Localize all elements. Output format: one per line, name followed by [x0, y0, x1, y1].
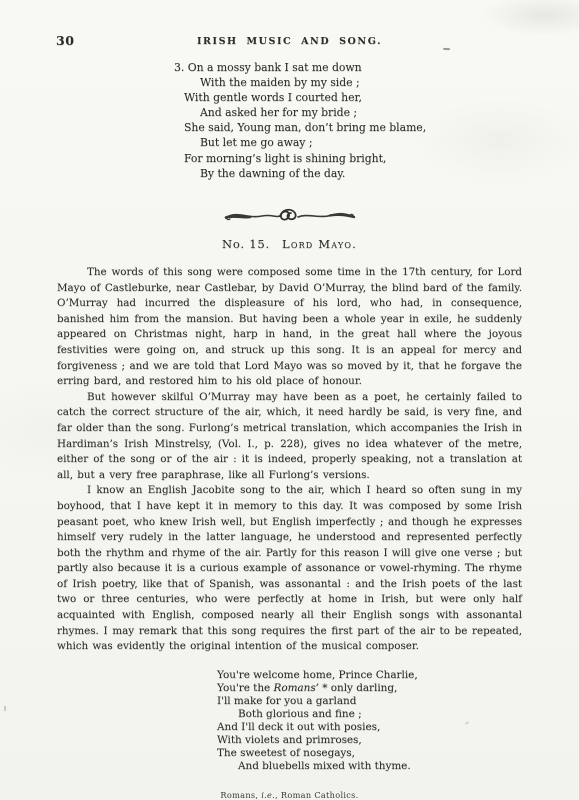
scanned-book-page: 30 IRISH MUSIC AND SONG. 3. On a mossy b… — [0, 0, 579, 800]
text-line: You're welcome home, Prince Charlie, — [217, 669, 522, 682]
section-number: No. 15. — [222, 237, 270, 251]
song-verse-3: 3. On a mossy bank I sat me downWith the… — [174, 60, 426, 181]
text-line: With the maiden by my side ; — [174, 75, 426, 90]
text-line: And asked her for my bride ; — [174, 105, 426, 120]
text-line: With violets and primroses, — [217, 734, 522, 747]
text-line: By the dawning of the day. — [174, 166, 426, 181]
section-title: Lord Mayo. — [282, 237, 357, 251]
scan-artifact-speck — [4, 706, 6, 711]
text-line: The sweetest of nosegays, — [217, 747, 522, 760]
text-line: 3. On a mossy bank I sat me down — [174, 60, 426, 75]
text-line: And I'll deck it out with posies, — [217, 721, 522, 734]
section-divider-ornament — [57, 206, 522, 226]
text-line: And bluebells mixed with thyme. — [217, 760, 522, 773]
text-line: You're the Romans’ * only darling, — [217, 682, 522, 695]
text-line: But let me go away ; — [174, 135, 426, 150]
text-line: I'll make for you a garland — [217, 695, 522, 708]
running-head: IRISH MUSIC AND SONG. — [0, 36, 579, 47]
text-line: For morning’s light is shining bright, — [174, 151, 426, 166]
text-line: Romans, i.e., Roman Catholics. — [57, 790, 522, 800]
section-heading: No. 15.Lord Mayo. — [57, 237, 522, 251]
text-line: She said, Young man, don’t bring me blam… — [174, 120, 426, 135]
quoted-song-verse: You're welcome home, Prince Charlie,You'… — [217, 669, 522, 773]
paragraph-3: I know an English Jacobite song to the a… — [57, 483, 522, 655]
scan-artifact-dash — [443, 48, 450, 50]
text-line: Both glorious and fine ; — [217, 708, 522, 721]
text-line: With gentle words I courted her, — [174, 90, 426, 105]
paragraph-1: The words of this song were composed som… — [57, 265, 522, 390]
paragraph-2: But however skilful O’Murray may have be… — [57, 390, 522, 484]
flourish-icon — [224, 206, 356, 226]
footnote: Romans, i.e., Roman Catholics. — [57, 790, 522, 800]
